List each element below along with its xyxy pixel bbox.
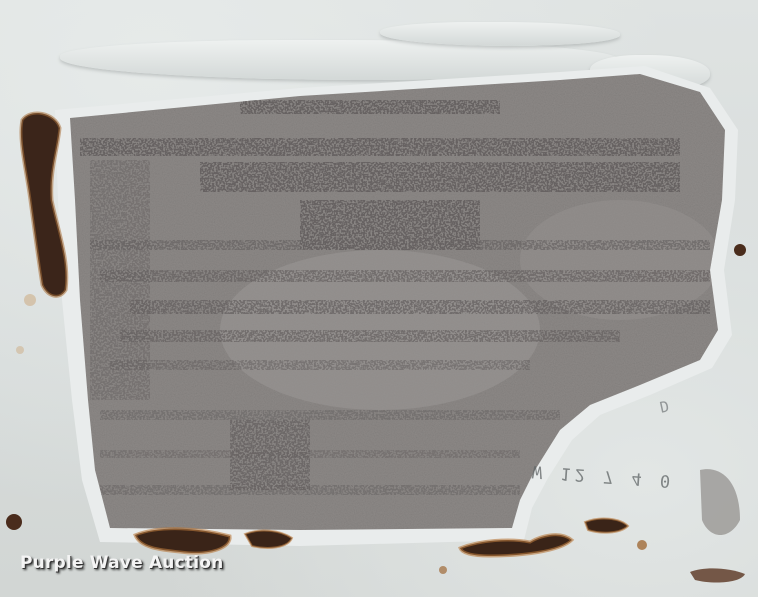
photo-scene: W 12 7 4 0 D Purple Wave Auction	[0, 0, 758, 597]
watermark-text: Purple Wave Auction	[20, 553, 223, 573]
data-plate	[0, 0, 758, 597]
